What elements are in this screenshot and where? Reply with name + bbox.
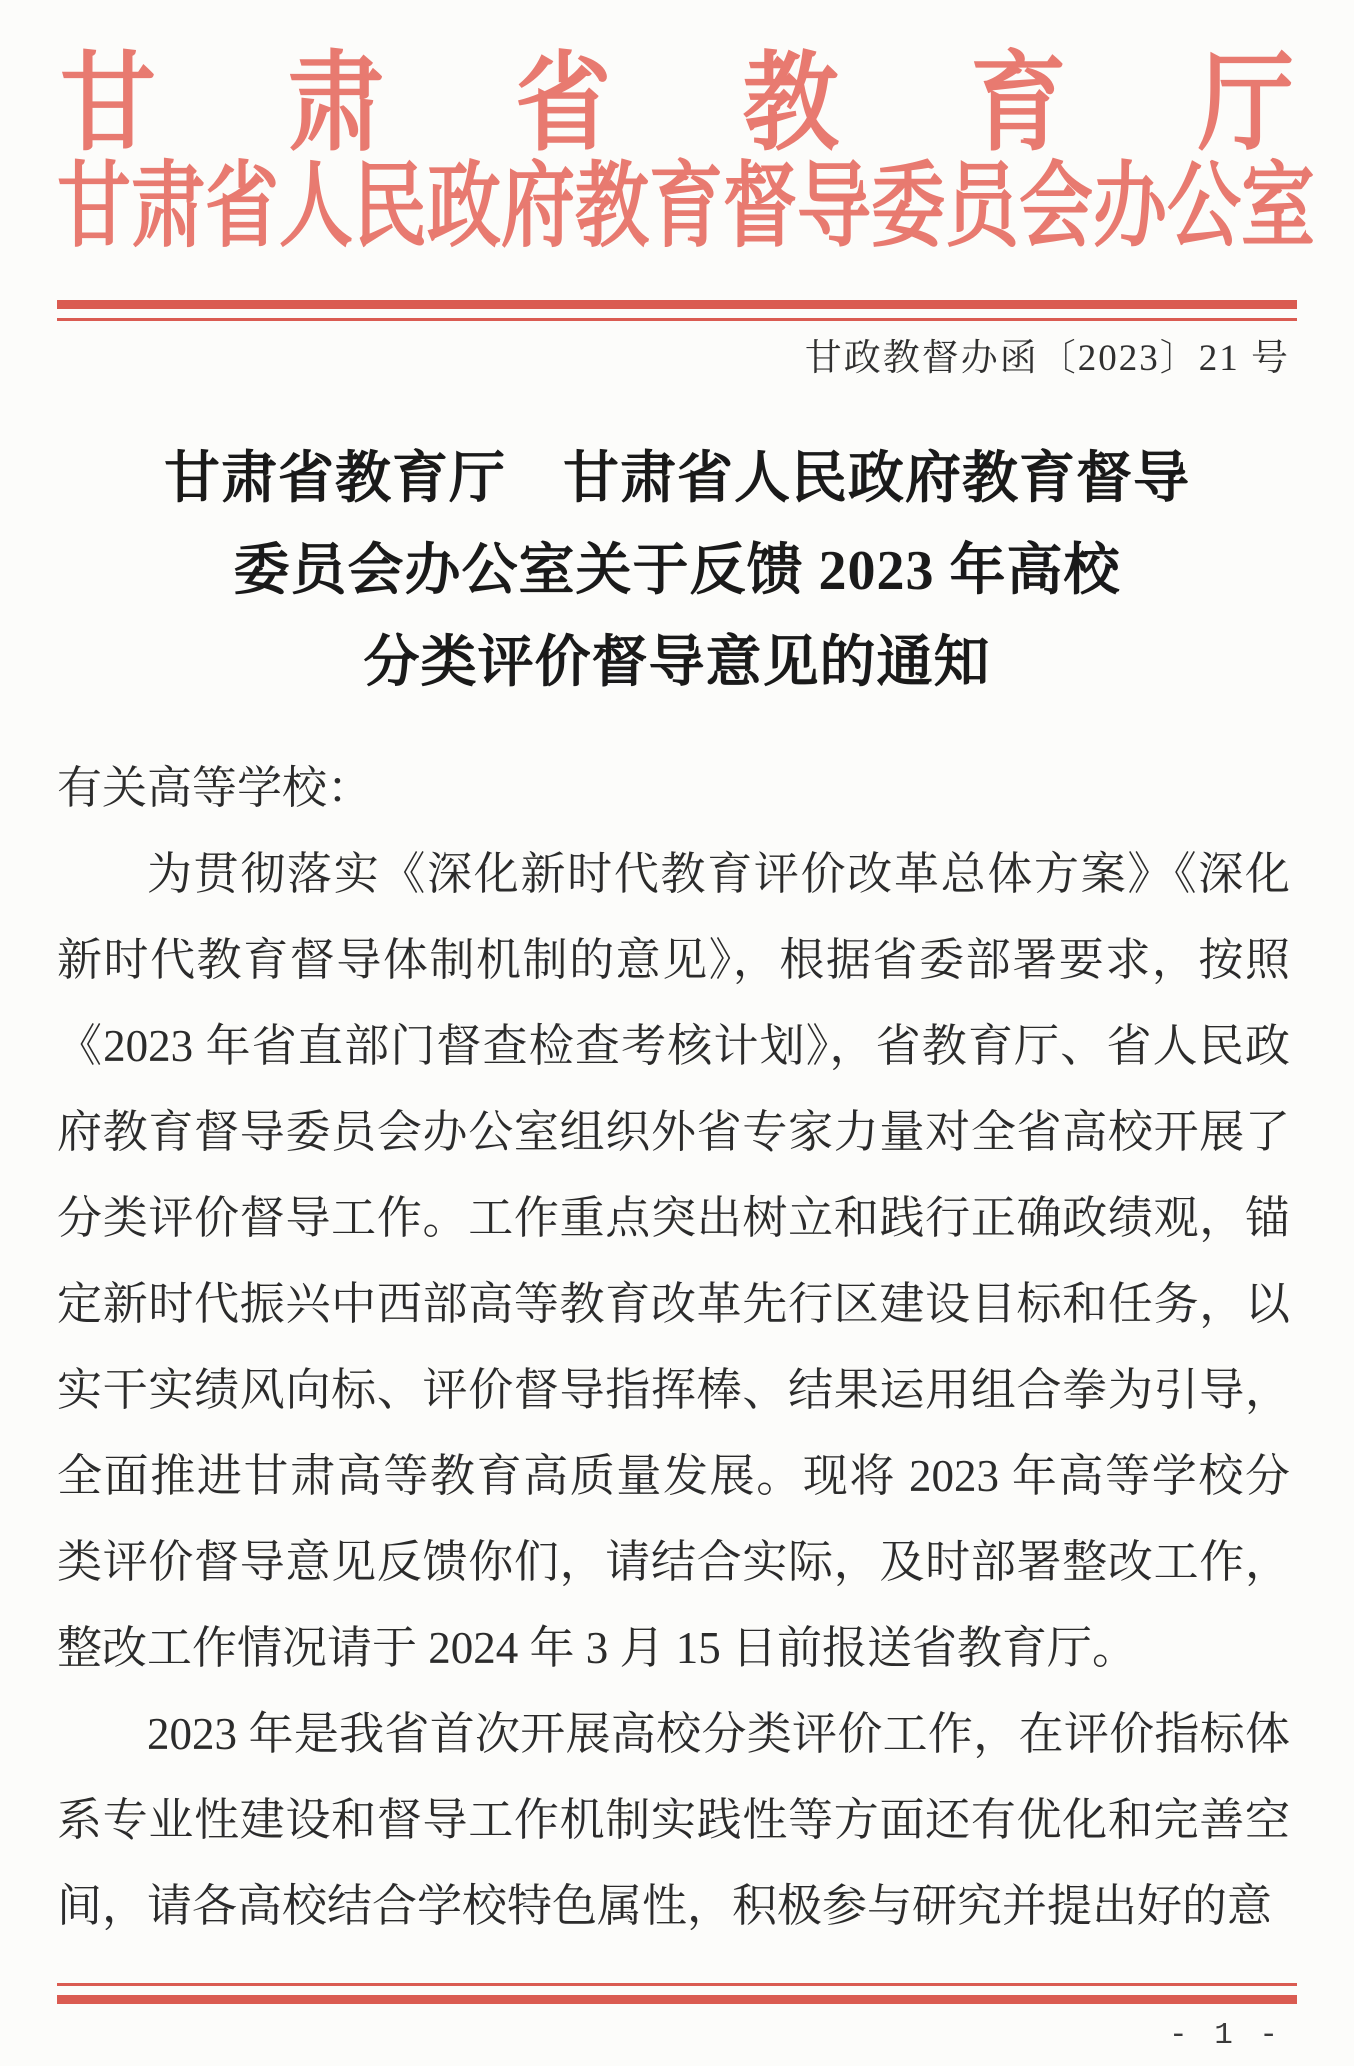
org-name-char: 人	[279, 150, 353, 266]
footer-rule-thick	[57, 1995, 1297, 2004]
page-footer: - 1 -	[0, 1983, 1354, 2056]
letterhead: 甘肃省教育厅 甘肃省人民政府教育督导委员会办公室	[0, 48, 1354, 254]
org-name-char: 办	[1093, 150, 1167, 266]
header-rule-thin	[57, 318, 1297, 321]
org-name-char: 委	[871, 150, 945, 266]
org-name-char: 育	[649, 150, 723, 266]
org-name-char: 府	[501, 150, 575, 266]
title-line-1: 甘肃省教育厅 甘肃省人民政府教育督导	[0, 433, 1354, 525]
org-name-char: 教	[743, 41, 839, 166]
title-line-2: 委员会办公室关于反馈 2023 年高校	[0, 525, 1354, 617]
org-name-char: 省	[515, 41, 611, 166]
document-number: 甘政教督办函〔2023〕21 号	[0, 333, 1354, 385]
org-name-primary: 甘肃省教育厅	[60, 41, 1294, 166]
document-body: 有关高等学校： 为贯彻落实《深化新时代教育评价改革总体方案》《深化新时代教育督导…	[57, 745, 1290, 1949]
org-name-secondary: 甘肃省人民政府教育督导委员会办公室	[57, 150, 1297, 266]
org-name-char: 导	[797, 150, 871, 266]
page-number: - 1 -	[0, 2016, 1354, 2056]
org-name-char: 政	[427, 150, 501, 266]
org-name-char: 公	[1167, 150, 1241, 266]
salutation: 有关高等学校：	[57, 745, 1290, 831]
paragraph-2: 2023 年是我省首次开展高校分类评价工作，在评价指标体系专业性建设和督导工作机…	[57, 1691, 1290, 1949]
org-name-char: 育	[970, 41, 1066, 166]
paragraph-1: 为贯彻落实《深化新时代教育评价改革总体方案》《深化新时代教育督导体制机制的意见》…	[57, 831, 1290, 1691]
org-name-char: 教	[575, 150, 649, 266]
org-name-char: 督	[723, 150, 797, 266]
document-title: 甘肃省教育厅 甘肃省人民政府教育督导 委员会办公室关于反馈 2023 年高校 分…	[0, 433, 1354, 709]
footer-rule-thin	[57, 1983, 1297, 1986]
org-name-char: 会	[1019, 150, 1093, 266]
title-line-3: 分类评价督导意见的通知	[0, 617, 1354, 709]
document-page: 甘肃省教育厅 甘肃省人民政府教育督导委员会办公室 甘政教督办函〔2023〕21 …	[0, 0, 1354, 2066]
org-name-char: 室	[1241, 150, 1315, 266]
org-name-char: 员	[945, 150, 1019, 266]
org-name-char: 甘	[57, 150, 131, 266]
org-name-char: 民	[353, 150, 427, 266]
org-name-char: 厅	[1198, 41, 1294, 166]
org-name-char: 肃	[131, 150, 205, 266]
org-name-char: 甘	[60, 41, 156, 166]
header-rule-thick	[57, 300, 1297, 309]
org-name-char: 省	[205, 150, 279, 266]
org-name-char: 肃	[288, 41, 384, 166]
